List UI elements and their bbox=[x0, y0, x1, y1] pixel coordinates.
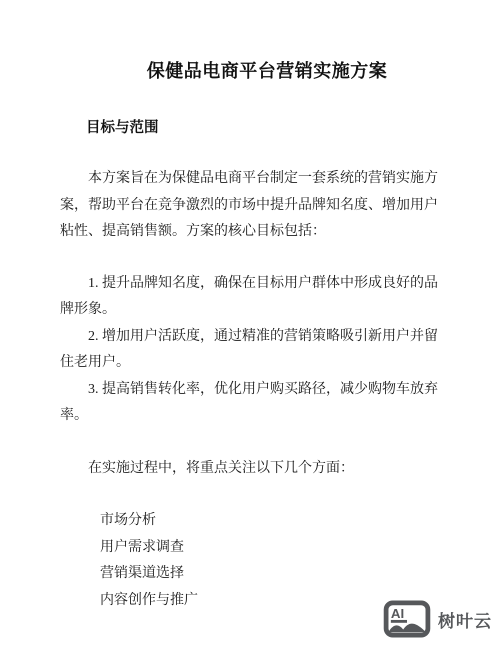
ai-photo-logo-icon: AI bbox=[383, 600, 431, 638]
goal-item: 2. 增加用户活跃度，通过精准的营销策略吸引新用户并留住老用户。 bbox=[60, 324, 438, 377]
section-heading: 目标与范围 bbox=[86, 118, 438, 138]
focus-list: 市场分析 用户需求调查 营销渠道选择 内容创作与推广 bbox=[100, 508, 438, 614]
svg-text:AI: AI bbox=[391, 606, 404, 621]
goal-list: 1. 提升品牌知名度，确保在目标用户群体中形成良好的品牌形象。 2. 增加用户活… bbox=[60, 271, 438, 430]
document-title: 保健品电商平台营销实施方案 bbox=[60, 58, 438, 84]
watermark: AI 树叶云 bbox=[383, 600, 492, 638]
goal-item: 1. 提升品牌知名度，确保在目标用户群体中形成良好的品牌形象。 bbox=[60, 271, 438, 324]
focus-item: 营销渠道选择 bbox=[100, 561, 438, 588]
watermark-brand-text: 树叶云 bbox=[438, 607, 492, 632]
focus-paragraph: 在实施过程中，将重点关注以下几个方面： bbox=[60, 456, 438, 483]
focus-item: 用户需求调查 bbox=[100, 535, 438, 562]
intro-paragraph: 本方案旨在为保健品电商平台制定一套系统的营销实施方案，帮助平台在竞争激烈的市场中… bbox=[60, 166, 438, 246]
goal-item: 3. 提高销售转化率，优化用户购买路径，减少购物车放弃率。 bbox=[60, 377, 438, 430]
focus-item: 市场分析 bbox=[100, 508, 438, 535]
document-page: 保健品电商平台营销实施方案 目标与范围 本方案旨在为保健品电商平台制定一套系统的… bbox=[0, 0, 500, 647]
